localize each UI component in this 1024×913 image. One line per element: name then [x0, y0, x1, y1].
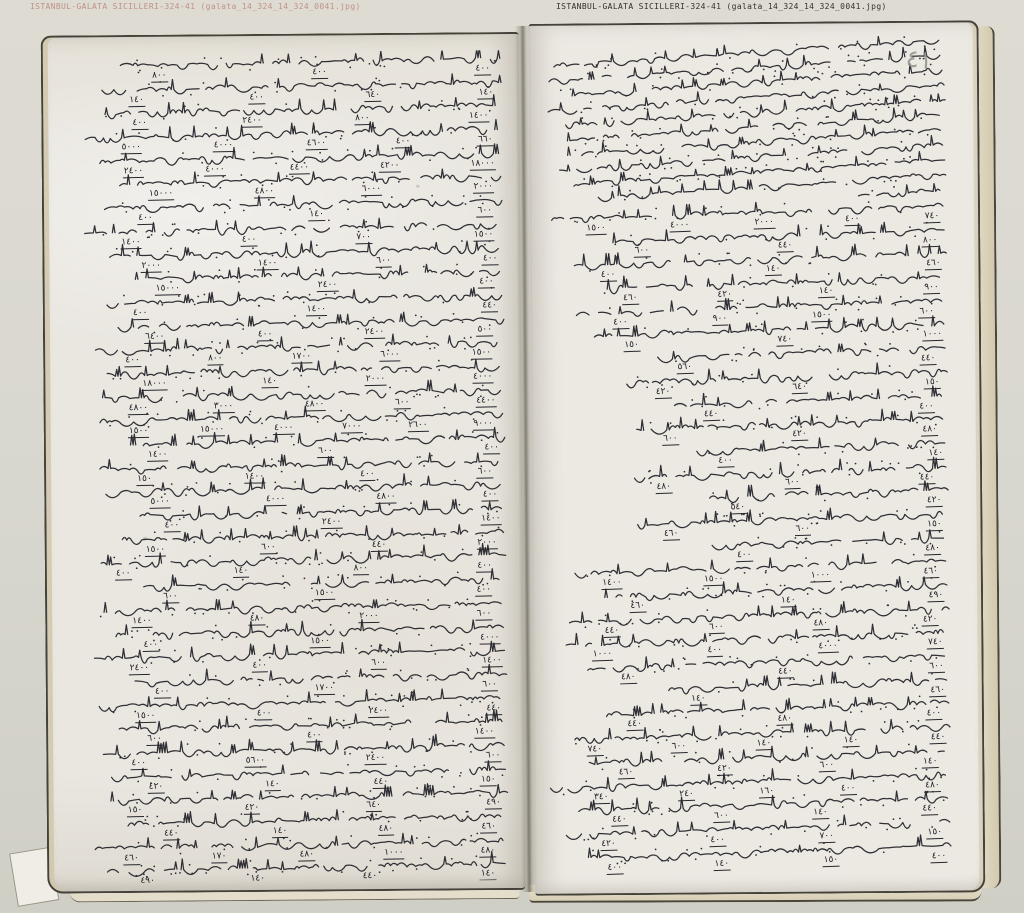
amount-value: ٦٠٠	[818, 759, 835, 772]
amount-value: ١٤٠	[272, 825, 289, 837]
amount-value: ٤٠٠	[311, 66, 328, 78]
amount-value: ١٤٠	[922, 755, 939, 768]
amount-value: ١٤٠	[261, 375, 278, 387]
amount-value: ١٤٠	[480, 868, 497, 880]
amount-value: ٨٠٠	[151, 70, 168, 82]
open-book: ٨٠٠٤٠٠٤٠٠١٤٠٤٠٠٦٤٠١٤٠٤٠٠٢٤٠٠٨٠٠١٤٠٠٥٠٠٠٤…	[23, 16, 1006, 908]
amount-value: ١٥٠٠	[473, 229, 495, 241]
amount-value: ١٤٠	[249, 873, 266, 883]
amount-value: ٦٤٠	[791, 381, 808, 394]
amount-value: ١٤٠٠	[131, 615, 153, 627]
amount-value: ٥٦٠٠	[245, 755, 267, 767]
amount-value: ٤٤٠	[362, 871, 379, 883]
amount-value: ٢٤٠٠	[365, 752, 387, 764]
manuscript-left-page: ٨٠٠٤٠٠٤٠٠١٤٠٤٠٠٦٤٠١٤٠٤٠٠٢٤٠٠٨٠٠١٤٠٠٥٠٠٠٤…	[41, 32, 526, 894]
amount-value: ٤٠٠	[483, 442, 500, 454]
amount-value: ٦٠٠	[476, 608, 493, 620]
amount-value: ٤٨٠	[378, 823, 395, 835]
manuscript-right-page: ٤١ ١٥٠٠٤٠٠٠٢٠٠٠٤٠٠٧٤٠٦٠٠٤٤٠٨٠٠٤٠٠١٤٠٤٦٠٤…	[529, 20, 986, 896]
filename-header-left: ISTANBUL-GALATA SICILLERI-324-41 (galata…	[30, 2, 361, 12]
amount-value: ٤٠٠	[154, 686, 171, 698]
amount-value: ١٤٠	[713, 858, 730, 871]
amount-value: ٧٠٠	[355, 231, 372, 243]
amount-value: ١٧٠٠	[314, 682, 336, 694]
amount-value: ٤٠٠	[474, 63, 491, 75]
amount-value: ٤٠٠	[931, 850, 948, 863]
amount-value: ٢٠٠٠	[365, 373, 387, 385]
amount-value: ٤٠٠	[130, 757, 147, 769]
amount-value: ٤٢٠	[655, 386, 672, 399]
amount-value: ٤٠٠	[606, 861, 623, 874]
amount-value: ٤٠٠٠	[472, 371, 494, 383]
amount-value: ٤٠٠	[241, 234, 258, 246]
right-page-paragraph-block	[543, 33, 948, 201]
amount-value: ٦٠٠	[317, 445, 334, 457]
amount-value: ٤٤٠	[163, 828, 180, 840]
amount-value: ١٤٠٠	[306, 303, 328, 315]
amount-value: ٦٠٠	[481, 679, 498, 691]
right-page-register-block: ١٥٠٠٤٠٠٠٢٠٠٠٤٠٠٧٤٠٦٠٠٤٤٠٨٠٠٤٠٠١٤٠٤٦٠٤٦٠٤…	[544, 198, 953, 864]
amount-value: ٤٤٠	[481, 300, 498, 312]
left-page-register-text: ٨٠٠٤٠٠٤٠٠١٤٠٤٠٠٦٤٠١٤٠٤٠٠٢٤٠٠٨٠٠١٤٠٠٥٠٠٠٤…	[83, 50, 510, 883]
amount-value: ١٥٠	[822, 854, 839, 867]
amount-value: ٦٠٠	[485, 750, 502, 762]
scanned-manuscript-page: { "header": { "left_label": "ISTANBUL-GA…	[0, 0, 1024, 913]
amount-value: ٤٦٠	[618, 766, 635, 779]
amount-value: ٤٠٠	[132, 307, 149, 319]
amount-value: ٤٩٠	[139, 876, 156, 884]
filename-header-right: ISTANBUL-GALATA SICILLERI-324-41 (galata…	[556, 2, 887, 12]
amount-value: ٤٦٠	[480, 821, 497, 833]
pencil-folio-number: ٤١	[904, 43, 934, 75]
right-page-text: ١٥٠٠٤٠٠٠٢٠٠٠٤٠٠٧٤٠٦٠٠٤٤٠٨٠٠٤٠٠١٤٠٤٦٠٤٦٠٤…	[543, 33, 954, 884]
